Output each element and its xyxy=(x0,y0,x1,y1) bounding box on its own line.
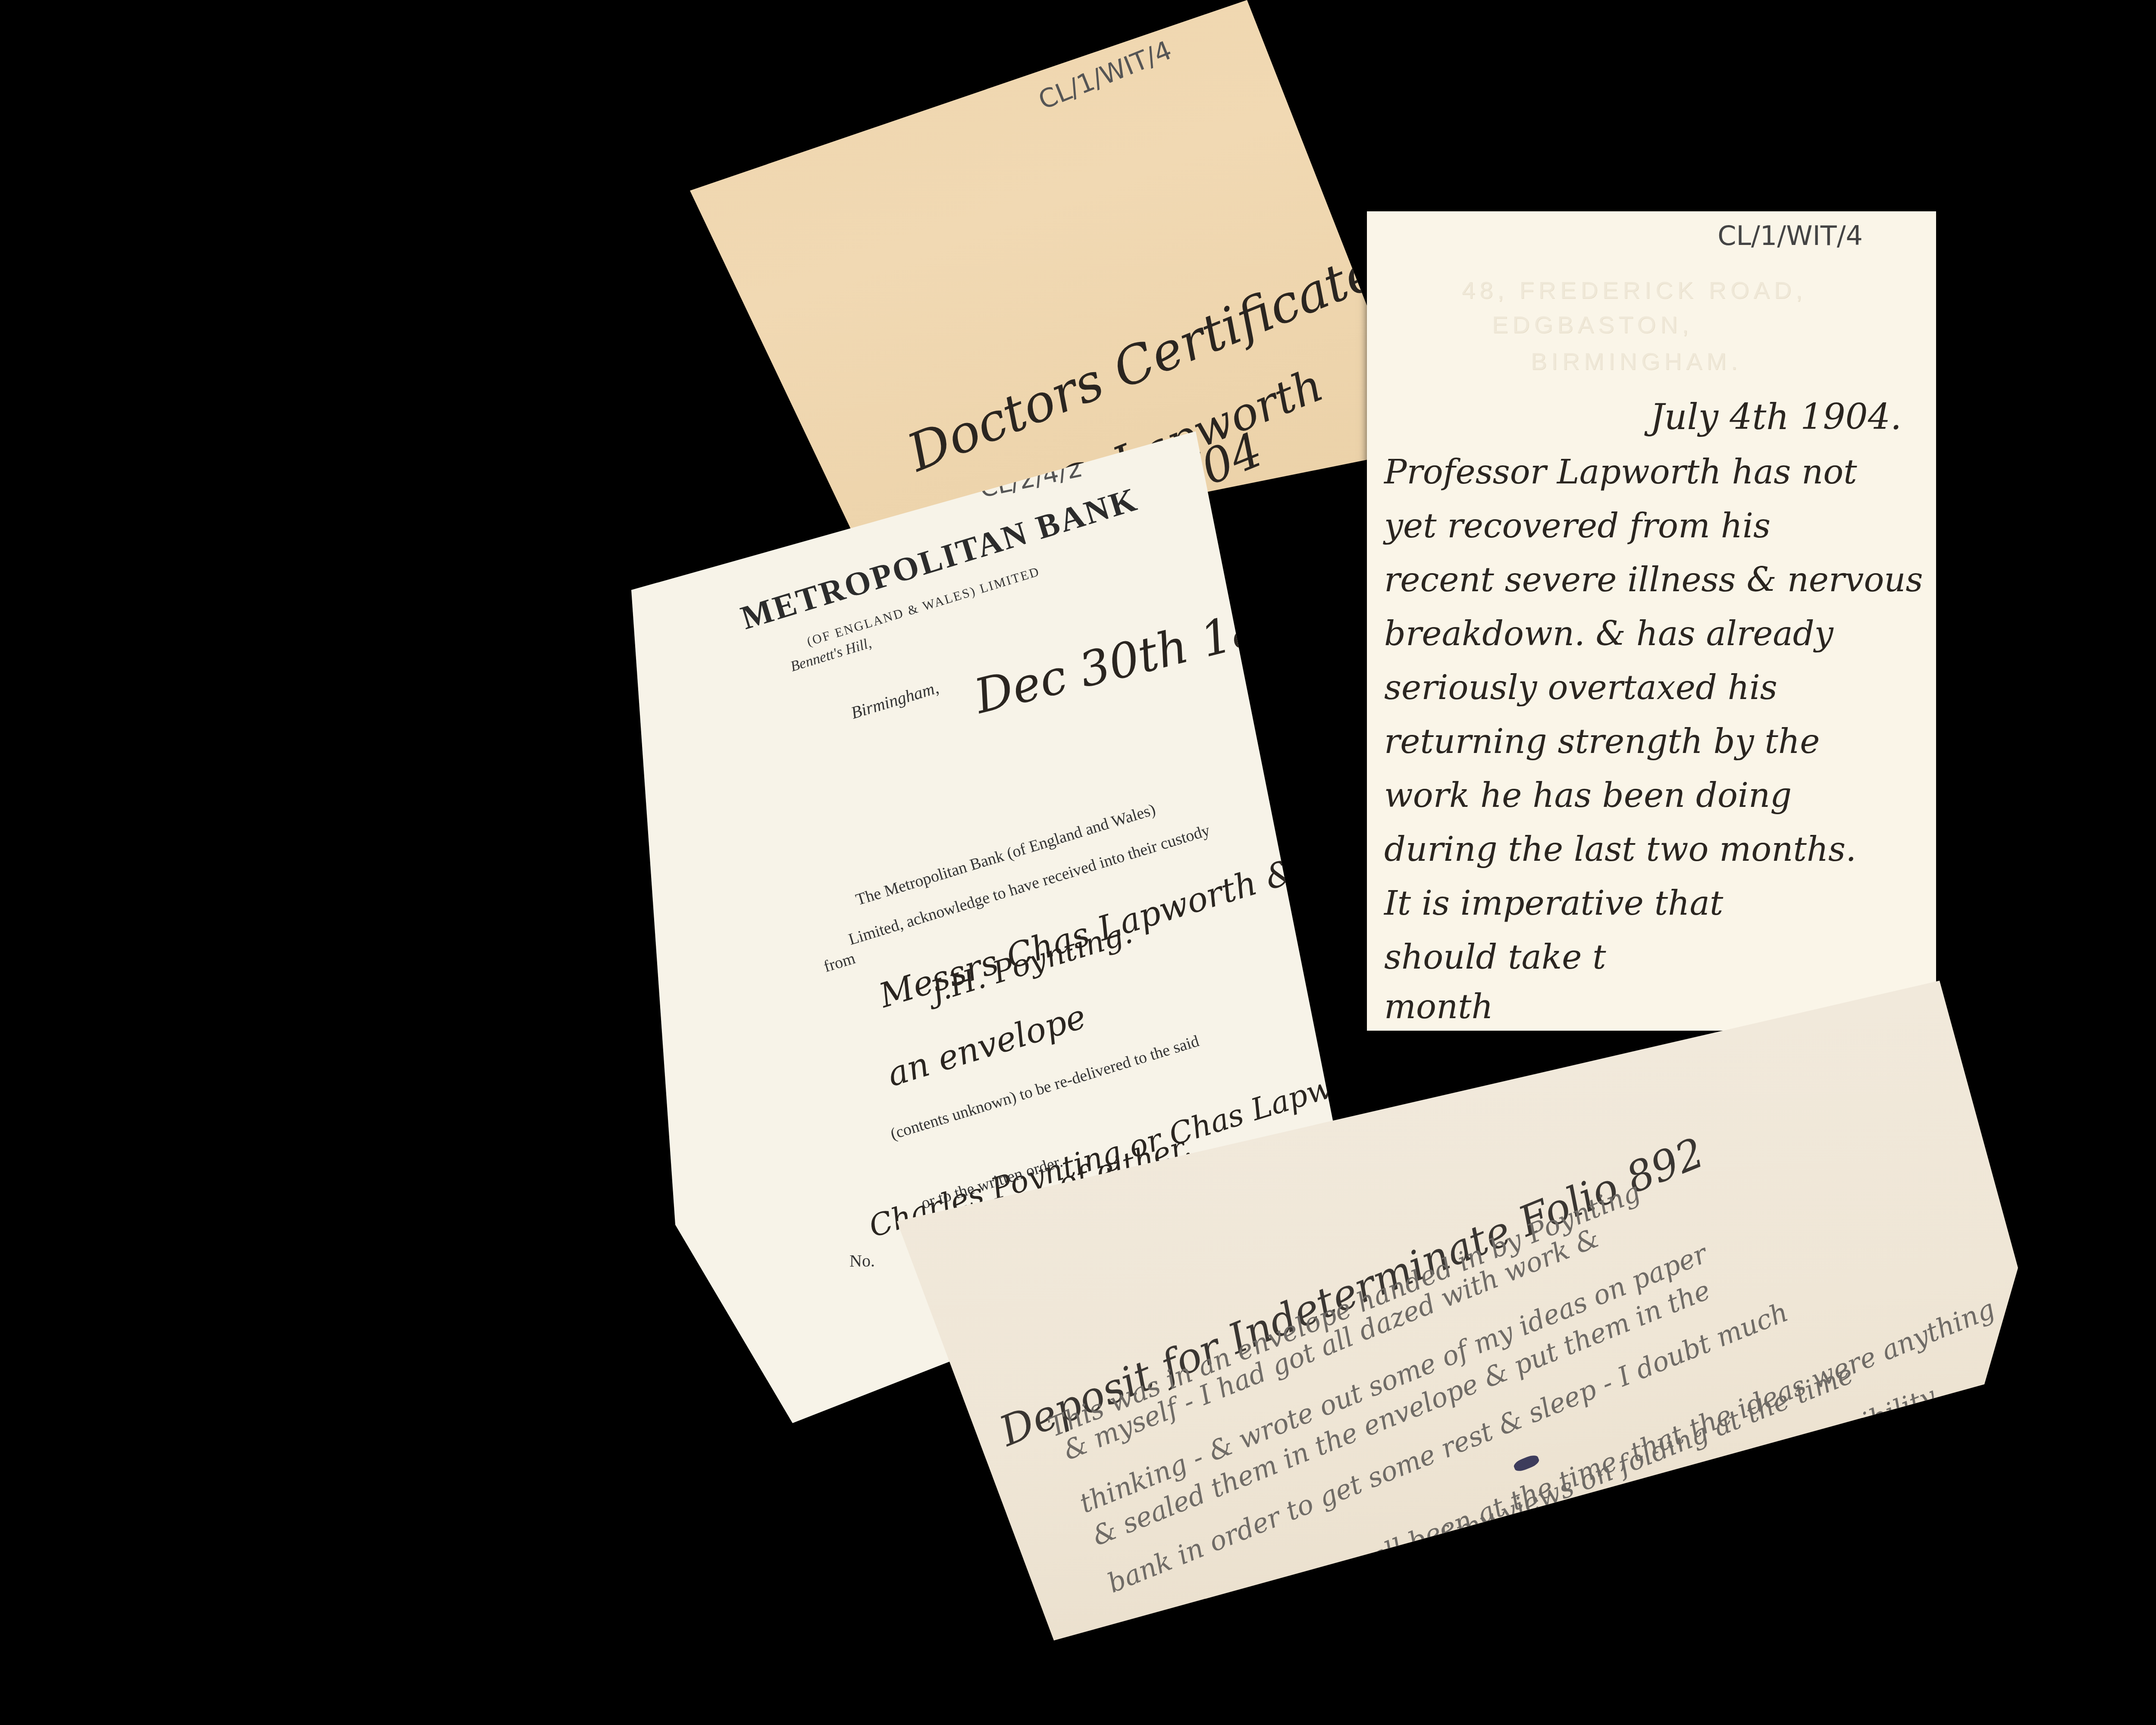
letter-line: returning strength by the xyxy=(1384,722,1820,761)
embossed-address-line: EDGBASTON, xyxy=(1492,310,1693,339)
bank-address-line: Birmingham, xyxy=(849,677,941,723)
letter-line: during the last two months. xyxy=(1384,830,1856,869)
doctors-letter: CL/1/WIT/4 48, FREDERICK ROAD, EDGBASTON… xyxy=(1367,211,1936,1031)
archive-reference: CL/1/WIT/4 xyxy=(1034,35,1176,116)
photo-background: CL/1/WIT/4 Doctors Certificate C. Lapwor… xyxy=(0,0,2156,1725)
archive-reference: CL/1/WIT/4 xyxy=(1717,220,1863,251)
letter-line: yet recovered from his xyxy=(1384,507,1771,546)
letter-line: work he has been doing xyxy=(1384,776,1792,815)
letter-line: It is imperative that xyxy=(1384,884,1723,923)
receipt-number-label: No. xyxy=(849,1251,875,1271)
receipt-date: Dec 30th 1899. xyxy=(969,582,1340,724)
letter-date: July 4th 1904. xyxy=(1650,397,1902,438)
embossed-address-line: BIRMINGHAM. xyxy=(1531,347,1742,375)
letter-line: month xyxy=(1384,988,1493,1026)
from-label: from xyxy=(821,949,858,976)
letter-line: Professor Lapworth has not xyxy=(1384,453,1857,492)
note-line: senses at the time xyxy=(1167,1559,1407,1681)
ink-stain xyxy=(1512,1453,1540,1474)
letter-line: should take t xyxy=(1384,938,1606,977)
embossed-address-line: 48, FREDERICK ROAD, xyxy=(1462,276,1807,304)
letter-line: seriously overtaxed his xyxy=(1384,668,1777,707)
letter-line: recent severe illness & nervous xyxy=(1384,561,1923,599)
letter-line: breakdown. & has already xyxy=(1384,615,1833,653)
